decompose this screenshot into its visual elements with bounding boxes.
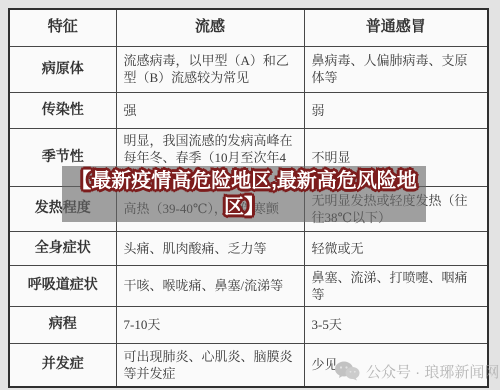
flu-cell: 可出现肺炎、心肌炎、脑膜炎等并发症 — [116, 343, 304, 387]
table-header-row: 特征 流感 普通感冒 — [9, 9, 488, 46]
table-row-respiratory-symptoms: 呼吸道症状 干咳、喉咙痛、鼻塞/流涕等 鼻塞、流涕、打喷嚏、咽痛等 — [9, 265, 488, 306]
feature-cell: 并发症 — [9, 343, 116, 387]
feature-cell: 呼吸道症状 — [9, 265, 116, 306]
feature-cell: 病程 — [9, 306, 116, 343]
cold-cell: 轻微或无 — [304, 231, 488, 265]
flu-cell: 头痛、肌肉酸痛、乏力等 — [116, 231, 304, 265]
cold-cell: 3-5天 — [304, 306, 488, 343]
watermark-text: 公众号 · 琅琊新闻网 — [366, 361, 499, 382]
header-cold: 普通感冒 — [304, 9, 488, 46]
table-row-contagiousness: 传染性 强 弱 — [9, 92, 488, 128]
wechat-icon — [334, 361, 360, 381]
flu-cell: 干咳、喉咙痛、鼻塞/流涕等 — [116, 265, 304, 306]
watermark: 公众号 · 琅琊新闻网 — [334, 360, 499, 382]
feature-cell: 病原体 — [9, 46, 116, 92]
feature-cell: 传染性 — [9, 92, 116, 128]
flu-cell: 7-10天 — [116, 306, 304, 343]
flu-cell: 强 — [116, 92, 304, 128]
table-row-systemic-symptoms: 全身症状 头痛、肌肉酸痛、乏力等 轻微或无 — [9, 231, 488, 265]
feature-cell: 全身症状 — [9, 231, 116, 265]
flu-cell: 流感病毒，以甲型（A）和乙型（B）流感较为常见 — [116, 46, 304, 92]
table-row-duration: 病程 7-10天 3-5天 — [9, 306, 488, 343]
table-row-pathogen: 病原体 流感病毒，以甲型（A）和乙型（B）流感较为常见 鼻病毒、人偏肺病毒、支原… — [9, 46, 488, 92]
headline-overlay-title: 【最新疫情高危险地区,最新高危风险地区】 — [64, 167, 424, 221]
cold-cell: 鼻塞、流涕、打喷嚏、咽痛等 — [304, 265, 488, 306]
cold-cell: 弱 — [304, 92, 488, 128]
flu-vs-cold-comparison-page: 特征 流感 普通感冒 病原体 流感病毒，以甲型（A）和乙型（B）流感较为常见 鼻… — [0, 0, 500, 390]
header-flu: 流感 — [116, 9, 304, 46]
cold-cell: 鼻病毒、人偏肺病毒、支原体等 — [304, 46, 488, 92]
header-feature: 特征 — [9, 9, 116, 46]
